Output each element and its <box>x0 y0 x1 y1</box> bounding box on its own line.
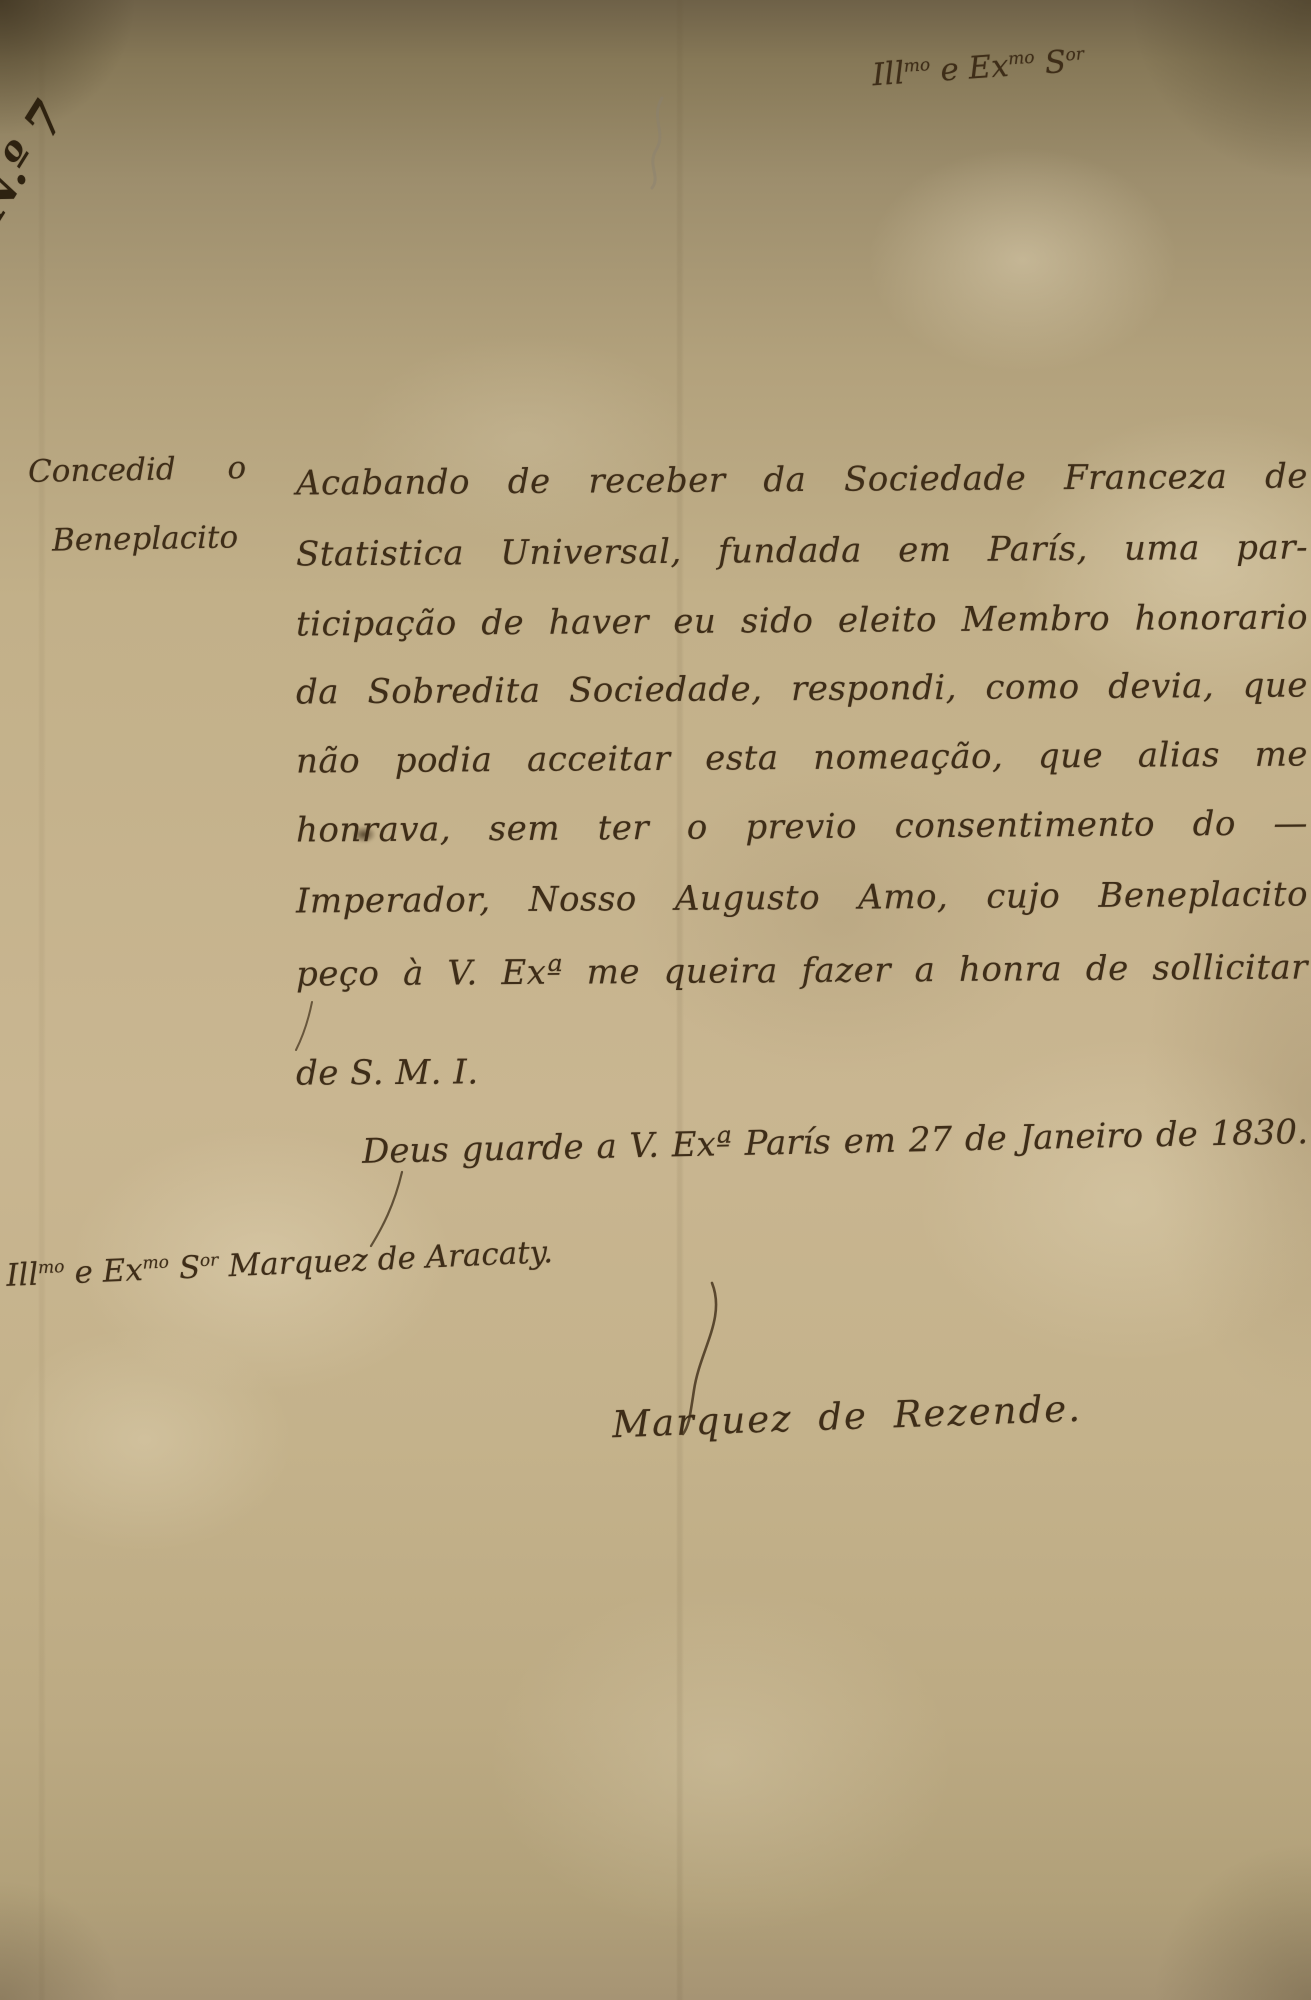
body-line: Statistica Universal, fundada em París, … <box>296 527 1308 574</box>
salutation-text: Ill <box>871 55 906 93</box>
addressee-text: Ill <box>5 1257 39 1294</box>
salutation-abbreviation: Illmo e Exmo Sor <box>871 43 1086 94</box>
addressee-text: e Ex <box>64 1252 144 1291</box>
closing-date-line: Deus guarde a V. Exª París em 27 de Jane… <box>362 1112 1309 1172</box>
addressee-text: Marquez de Aracaty. <box>218 1234 554 1285</box>
salutation-text: e Ex <box>929 48 1009 89</box>
margin-note-line-1: Concedid o <box>28 450 247 490</box>
ink-blot <box>352 826 376 843</box>
salutation-superscript: or <box>1065 44 1085 65</box>
addressee-text: S <box>168 1249 201 1286</box>
body-line: peço à V. Exª me queira fazer a honra de… <box>296 947 1308 994</box>
body-line: da Sobredita Sociedade, respondi, como d… <box>296 665 1308 712</box>
body-line: não podia acceitar esta nomeação, que al… <box>296 734 1308 781</box>
addressee-line: Illmo e Exmo Sor Marquez de Aracaty. <box>5 1234 553 1294</box>
salutation-superscript: mo <box>1007 48 1035 70</box>
body-line: de S. M. I. <box>296 1052 479 1093</box>
manuscript-letter-page: { "letter": { "corner_number": "N.º 7", … <box>0 0 1311 2000</box>
body-line: Imperador, Nosso Augusto Amo, cujo Benep… <box>296 874 1308 921</box>
archive-number: N.º 7 <box>0 92 76 228</box>
body-line: Acabando de receber da Sociedade Francez… <box>296 456 1308 503</box>
addressee-superscript: mo <box>142 1253 169 1274</box>
salutation-superscript: mo <box>903 55 931 77</box>
pen-flourish-strokes <box>0 0 1311 2000</box>
body-line: ticipação de haver eu sido eleito Membro… <box>296 597 1308 644</box>
margin-note-line-2: Beneplacito <box>52 519 239 558</box>
signature: Marquez de Rezende. <box>611 1387 1082 1446</box>
body-line: honrava, sem ter o previo consentimento … <box>296 803 1308 850</box>
salutation-text: S <box>1034 44 1068 82</box>
addressee-superscript: mo <box>38 1257 65 1278</box>
addressee-superscript: or <box>200 1250 219 1271</box>
